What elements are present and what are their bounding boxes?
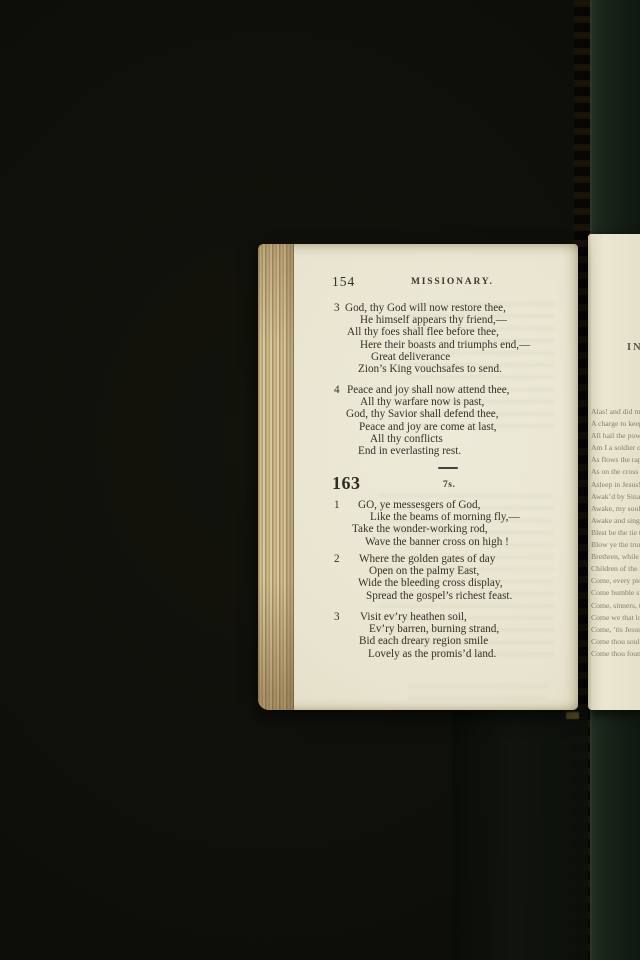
index-line: Come thou soul tra bbox=[591, 636, 640, 648]
verse-line: God, thy Savior shall defend thee, bbox=[346, 408, 564, 420]
index-line: Am I a soldier of the bbox=[591, 442, 640, 454]
index-line: Awak’d by Sinai’s bbox=[591, 491, 640, 503]
index-line: Come humble sinn bbox=[591, 587, 640, 599]
photo-background: IN Alas! and did my S A charge to keep I… bbox=[0, 0, 640, 960]
verse-line: Wide the bleeding cross display, bbox=[358, 577, 564, 589]
verse-number: 4 bbox=[334, 384, 340, 396]
verse-line: Peace and joy shall now attend thee, bbox=[347, 384, 564, 396]
verse-line: End in everlasting rest. bbox=[358, 445, 564, 457]
index-line: Children of the hea bbox=[591, 563, 640, 575]
verse-line: Where the golden gates of day bbox=[359, 553, 564, 565]
index-line: Asleep in Jesus! b bbox=[591, 479, 640, 491]
verse-line: Great deliverance bbox=[371, 351, 564, 363]
verse-line: All thy conflicts bbox=[370, 433, 564, 445]
index-line-list: Alas! and did my S A charge to keep I Al… bbox=[591, 406, 640, 660]
index-line: Blow ye the trumpe bbox=[591, 539, 640, 551]
verse-line: Peace and joy are come at last, bbox=[359, 421, 564, 433]
hymn-verse: 3 Visit ev’ry heathen soil, Ev’ry barren… bbox=[334, 611, 564, 660]
index-line: Awake and sing the bbox=[591, 515, 640, 527]
verse-number: 1 bbox=[334, 499, 340, 511]
hymn-verse: 3 God, thy God will now restore thee, He… bbox=[334, 302, 564, 375]
hymnal-page: 154 MISSIONARY. 3 God, thy God will now … bbox=[258, 244, 578, 710]
verse-line: Like the beams of morning fly,— bbox=[370, 511, 564, 523]
verse-line: Open on the palmy East, bbox=[369, 565, 564, 577]
index-heading-fragment: IN bbox=[627, 342, 640, 353]
show-through-ghost-text bbox=[408, 684, 548, 700]
index-line: Come, ’tis Jesus’ b bbox=[591, 624, 640, 636]
index-line: All hail the power of bbox=[591, 430, 640, 442]
verse-line: Spread the gospel’s richest feast. bbox=[366, 590, 564, 602]
page-edge-stack bbox=[258, 244, 294, 710]
verse-line: He himself appears thy friend,— bbox=[360, 314, 564, 326]
verse-number: 2 bbox=[334, 553, 340, 565]
verse-line: Ev’ry barren, burning strand, bbox=[369, 623, 564, 635]
index-line: Blest be the tie tha bbox=[591, 527, 640, 539]
verse-number: 3 bbox=[334, 302, 340, 314]
verse-line: All thy warfare now is past, bbox=[360, 396, 564, 408]
index-line: Awake, my soul, i bbox=[591, 503, 640, 515]
verse-line: Wave the banner cross on high ! bbox=[365, 536, 564, 548]
hymn-meter: 7s. bbox=[443, 480, 455, 490]
verse-line: Take the wonder-working rod, bbox=[352, 523, 564, 535]
index-line: Come, sinners, to t bbox=[591, 600, 640, 612]
index-line: Brethren, while we bbox=[591, 551, 640, 563]
index-line: Come, every pious bbox=[591, 575, 640, 587]
verse-line: Zion’s King vouchsafes to send. bbox=[358, 363, 564, 375]
verse-line: God, thy God will now restore thee, bbox=[345, 302, 564, 314]
index-page-partial: IN Alas! and did my S A charge to keep I… bbox=[588, 234, 640, 710]
index-line: Alas! and did my S bbox=[591, 406, 640, 418]
hymn-verse: 4 Peace and joy shall now attend thee, A… bbox=[334, 384, 564, 457]
verse-line: Here their boasts and triumphs end,— bbox=[360, 339, 564, 351]
verse-line: Visit ev’ry heathen soil, bbox=[360, 611, 564, 623]
hymn-verse: 1 GO, ye messesgers of God, Like the bea… bbox=[334, 499, 564, 548]
index-line: Come we that love bbox=[591, 612, 640, 624]
page-number: 154 bbox=[332, 274, 355, 290]
running-header: MISSIONARY. bbox=[411, 277, 494, 287]
verse-line: All thy foes shall flee before thee, bbox=[347, 326, 564, 338]
hymn-verse: 2 Where the golden gates of day Open on … bbox=[334, 553, 564, 602]
index-line: As flows the rapid t bbox=[591, 454, 640, 466]
index-line: Come thou fount o bbox=[591, 648, 640, 660]
spine-label-mark bbox=[566, 712, 579, 719]
verse-line: GO, ye messesgers of God, bbox=[358, 499, 564, 511]
index-line: A charge to keep I bbox=[591, 418, 640, 430]
index-line: As on the cross the bbox=[591, 466, 640, 478]
verse-line: Lovely as the promis’d land. bbox=[368, 648, 564, 660]
verse-number: 3 bbox=[334, 611, 340, 623]
book-cover-lower bbox=[452, 708, 588, 960]
verse-line: Bid each dreary region smile bbox=[359, 635, 564, 647]
hymn-number: 163 bbox=[332, 473, 361, 494]
section-divider bbox=[438, 467, 458, 469]
